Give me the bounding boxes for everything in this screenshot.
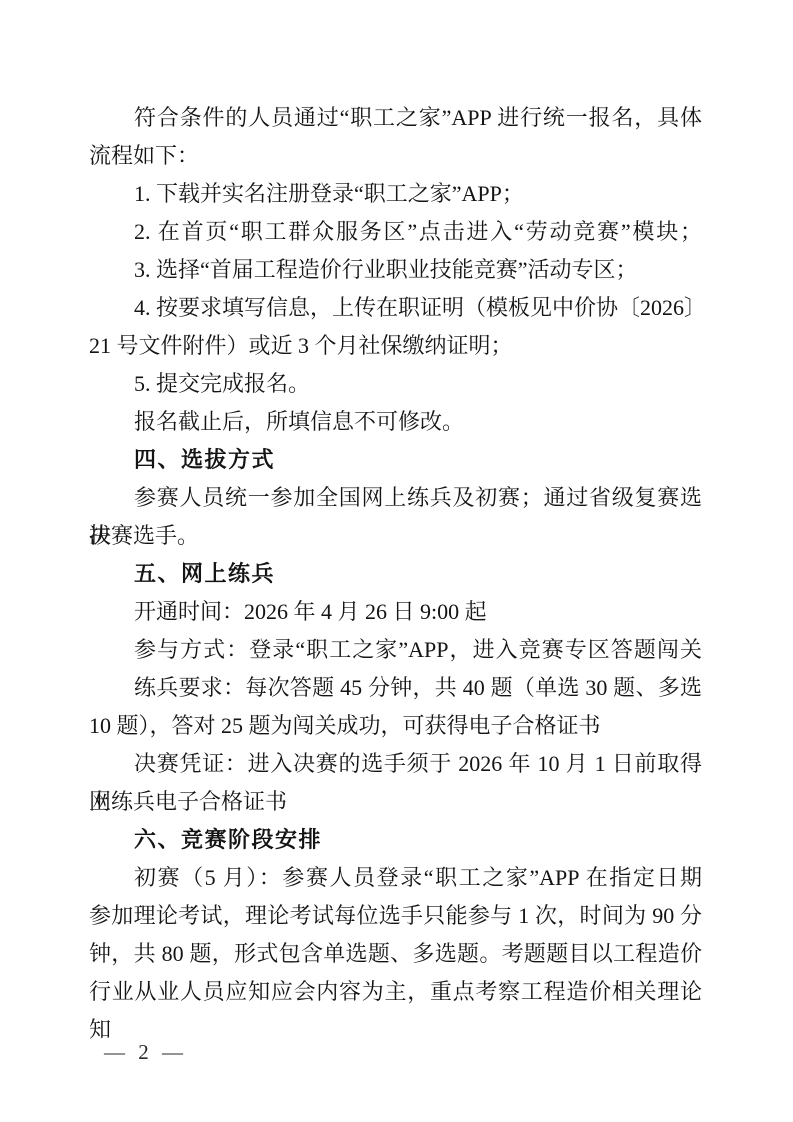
page-number: — 2 — (104, 1036, 187, 1068)
section-heading: 五、网上练兵 (89, 555, 702, 593)
text-line: 1. 下载并实名注册登录“职工之家”APP； (89, 175, 702, 213)
text-line: 5. 提交完成报名。 (89, 365, 702, 403)
text-line: 决赛选手。 (89, 517, 702, 555)
text-line: 10 题），答对 25 题为闯关成功，可获得电子合格证书 (89, 707, 702, 745)
text-line: 决赛凭证：进入决赛的选手须于 2026 年 10 月 1 日前取得网 (89, 745, 702, 783)
text-line: 开通时间：2026 年 4 月 26 日 9:00 起 (89, 593, 702, 631)
text-line: 参加理论考试，理论考试每位选手只能参与 1 次，时间为 90 分 (89, 897, 702, 935)
text-line: 流程如下： (89, 137, 702, 175)
text-line: 上练兵电子合格证书 (89, 783, 702, 821)
text-line: 钟，共 80 题，形式包含单选题、多选题。考题题目以工程造价 (89, 935, 702, 973)
text-line: 4. 按要求填写信息，上传在职证明（模板见中价协〔2026〕 (89, 289, 702, 327)
text-line: 报名截止后，所填信息不可修改。 (89, 403, 702, 441)
text-line: 21 号文件附件）或近 3 个月社保缴纳证明； (89, 327, 702, 365)
section-heading: 四、选拔方式 (89, 441, 702, 479)
document-body: 符合条件的人员通过“职工之家”APP 进行统一报名，具体流程如下：1. 下载并实… (89, 99, 702, 1011)
text-line: 初赛（5 月）：参赛人员登录“职工之家”APP 在指定日期 (89, 859, 702, 897)
text-line: 行业从业人员应知应会内容为主，重点考察工程造价相关理论知 (89, 973, 702, 1011)
document-page: 符合条件的人员通过“职工之家”APP 进行统一报名，具体流程如下：1. 下载并实… (0, 0, 793, 1122)
section-heading: 六、竞赛阶段安排 (89, 821, 702, 859)
text-line: 练兵要求：每次答题 45 分钟，共 40 题（单选 30 题、多选 (89, 669, 702, 707)
text-line: 参赛人员统一参加全国网上练兵及初赛；通过省级复赛选拔 (89, 479, 702, 517)
text-line: 符合条件的人员通过“职工之家”APP 进行统一报名，具体 (89, 99, 702, 137)
text-line: 参与方式：登录“职工之家”APP，进入竞赛专区答题闯关 (89, 631, 702, 669)
text-line: 3. 选择“首届工程造价行业职业技能竞赛”活动专区； (89, 251, 702, 289)
text-line: 2. 在首页“职工群众服务区”点击进入“劳动竞赛”模块； (89, 213, 702, 251)
